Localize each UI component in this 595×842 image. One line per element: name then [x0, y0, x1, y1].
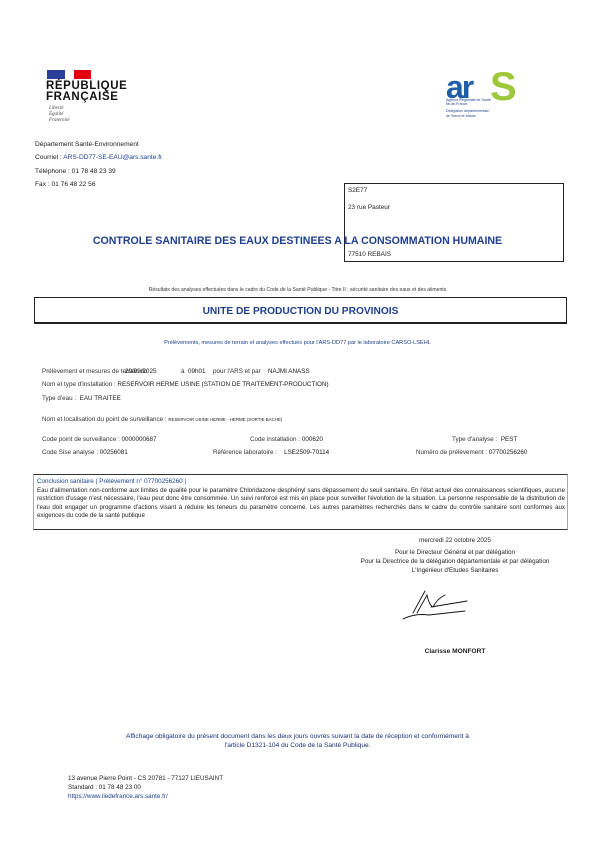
notice-line-1: Affichage obligatoire du présent documen…	[40, 732, 555, 741]
sender-fax-line: Fax : 01 76 48 22 56	[35, 178, 162, 191]
sample-number-line: Numéro de prélèvement : 07700256260	[416, 450, 527, 456]
signature-line-3: L'Ingénieur d'Etudes Sanitaires	[330, 567, 580, 574]
monitoring-point-line: Nom et localisation du point de surveill…	[42, 417, 282, 423]
logo-line-2: FRANÇAISE	[46, 92, 127, 103]
republique-francaise-logo: RÉPUBLIQUE FRANÇAISE	[46, 81, 127, 103]
code-site-label: Code Sise analyse :	[42, 449, 100, 456]
signature-date: mercredi 22 octobre 2025	[330, 537, 580, 544]
lab-reference-value: LSE2509-70114	[284, 449, 329, 456]
document-subtitle: Résultats des analyses effectuées dans l…	[0, 287, 595, 293]
code-installation-label: Code installation :	[250, 436, 302, 443]
sender-block: Département Santé-Environnement Courriel…	[35, 138, 162, 191]
sample-time: 09h01	[188, 369, 206, 375]
email-label: Courriel :	[35, 154, 63, 161]
sample-number-value: 07700256260	[489, 449, 528, 456]
ars-agency-label: Agence Régionale de Santé Île-de-France	[446, 98, 491, 106]
sender-department: Département Santé-Environnement	[35, 138, 162, 151]
document-title: CONTROLE SANITAIRE DES EAUX DESTINEES A …	[0, 235, 595, 247]
ars-wordmark-s: S	[490, 70, 517, 104]
signer-name: Clarisse MONFORT	[330, 648, 580, 655]
footer: 13 avenue Pierre Point - CS 20781 - 7712…	[68, 775, 223, 801]
installation-label: Nom et type d'installation :	[42, 381, 117, 388]
unit-title: UNITE DE PRODUCTION DU PROVINOIS	[35, 306, 566, 317]
signature-line-1: Pour le Directeur Général et par délégat…	[330, 549, 580, 556]
water-type-label: Type d'eau :	[42, 395, 78, 402]
ars-delegation-label: Délégation départementale de Seine-et-Ma…	[446, 109, 489, 118]
unit-title-box: UNITE DE PRODUCTION DU PROVINOIS	[34, 297, 567, 324]
sample-date: 29/09/2025	[125, 369, 157, 375]
ars-logo: ar S Agence Régionale de Santé Île-de-Fr…	[446, 72, 526, 128]
code-point-value: 0000000687	[121, 436, 156, 443]
sample-number-label: Numéro de prélèvement :	[416, 449, 489, 456]
monitoring-point-value: RESERVOIR USINE HERME - HERME (SORTIE BA…	[168, 417, 282, 422]
sender-phone: 01 78 48 23 39	[72, 168, 116, 175]
fax-label: Fax :	[35, 181, 52, 188]
notice-line-2: l'article D1321-104 du Code de la Santé …	[40, 741, 555, 750]
code-point-line: Code point de surveillance : 0000000687	[42, 437, 157, 443]
water-type-line: Type d'eau : EAU TRAITEE	[42, 396, 121, 402]
code-point-label: Code point de surveillance :	[42, 436, 121, 443]
recipient-street: 23 rue Pasteur	[348, 205, 390, 211]
conclusion-heading: Conclusion sanitaire ( Prélèvement n° 07…	[37, 478, 187, 485]
ars-department: de Seine-et-Marne	[446, 114, 489, 119]
sample-by-label: pour l'ARS et par	[213, 369, 261, 375]
marianne-flag-icon	[47, 70, 91, 79]
footer-address: 13 avenue Pierre Point - CS 20781 - 7712…	[68, 775, 223, 784]
monitoring-point-label: Nom et localisation du point de surveill…	[42, 416, 168, 423]
lab-reference-line: Référence laboratoire : LSE2509-70114	[213, 450, 329, 456]
sender-email-line: Courriel : ARS-DD77-SE-EAU@ars.sante.fr	[35, 151, 162, 164]
installation-value: RESERVOIR HERME USINE (STATION DE TRAITE…	[117, 381, 328, 388]
sender-email-link[interactable]: ARS-DD77-SE-EAU@ars.sante.fr	[63, 154, 162, 161]
display-notice: Affichage obligatoire du présent documen…	[40, 732, 555, 751]
footer-website-link[interactable]: https://www.iledefrance.ars.sante.fr/	[68, 793, 168, 800]
installation-line: Nom et type d'installation : RESERVOIR H…	[42, 382, 329, 388]
phone-label: Téléphone :	[35, 168, 72, 175]
recipient-address-box: S2E77 23 rue Pasteur 77510 REBAIS	[344, 183, 564, 262]
handwritten-signature-icon	[395, 585, 475, 625]
conclusion-box: Conclusion sanitaire ( Prélèvement n° 07…	[33, 474, 568, 530]
sampling-note: Prélèvements, mesures de terrain et anal…	[0, 340, 595, 346]
sender-fax: 01 76 48 22 56	[52, 181, 96, 188]
code-installation-line: Code installation : 000620	[250, 437, 323, 443]
sample-by: NAJMI ANASS	[268, 369, 310, 375]
code-site-value: 00256081	[100, 449, 128, 456]
code-site-line: Code Sise analyse : 00256081	[42, 450, 128, 456]
ars-region: Île-de-France	[446, 102, 491, 106]
lab-reference-label: Référence laboratoire :	[213, 449, 279, 456]
footer-standard: Standard : 01 78 48 23 00	[68, 784, 223, 793]
signature-line-2: Pour la Directrice de la délégation dépa…	[330, 558, 580, 565]
sender-phone-line: Téléphone : 01 78 48 23 39	[35, 165, 162, 178]
conclusion-text: Eau d'alimentation non-conforme aux limi…	[37, 487, 565, 520]
analysis-type-label: Type d'analyse :	[452, 436, 499, 443]
code-installation-value: 000620	[302, 436, 323, 443]
sample-time-label: à	[181, 369, 185, 375]
water-type-value: EAU TRAITEE	[80, 395, 121, 402]
republic-motto: Liberté Égalité Fraternité	[49, 106, 70, 124]
recipient-name: S2E77	[348, 188, 367, 194]
motto-fraternite: Fraternité	[49, 118, 70, 124]
analysis-type-line: Type d'analyse : PEST	[452, 437, 517, 443]
analysis-type-value: PEST	[501, 436, 517, 443]
recipient-city: 77510 REBAIS	[348, 252, 391, 258]
ars-delegation: Délégation départementale	[446, 109, 489, 114]
